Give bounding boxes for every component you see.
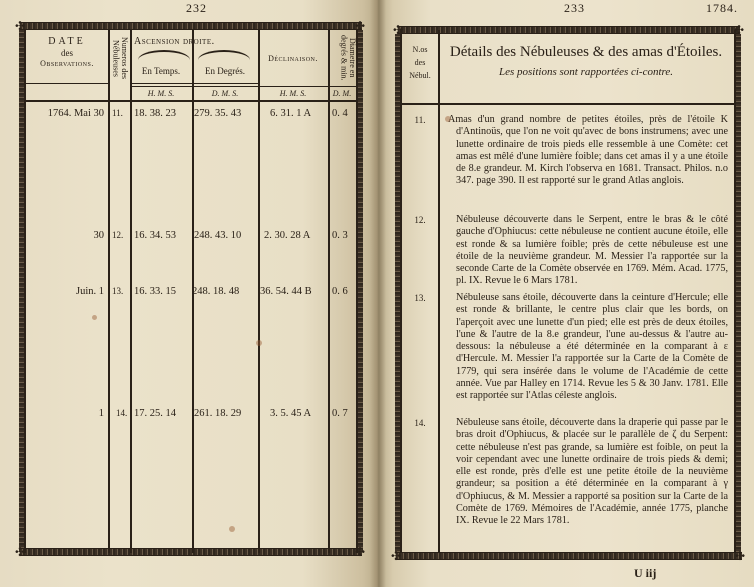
cell-degres: 248. 43. 10 (194, 230, 241, 241)
page-number-right: 233 (564, 1, 585, 16)
header-rule (26, 83, 108, 84)
paper-stain (445, 116, 451, 122)
units-rule (26, 100, 356, 102)
observations-table: DATE des Observations. Numeros des Nébul… (24, 30, 358, 553)
book-spread: 232 ✣ ✣ ✣ ✣ DATE des Observations. (0, 0, 754, 587)
right-page: 233 1784. ✣ ✣ ✣ ✣ N.os des Nébul. Détail… (378, 0, 754, 587)
cell-diametre: 0. 7 (332, 408, 348, 419)
header-ascension-droite: Ascension droite. (130, 36, 258, 48)
nebula-entry: 13. Nébuleuse sans étoile, découverte da… (402, 292, 728, 403)
cell-num: 14. (116, 408, 127, 418)
cell-num: 11. (112, 108, 123, 118)
left-page: 232 ✣ ✣ ✣ ✣ DATE des Observations. (0, 0, 378, 587)
entry-number: 14. (402, 418, 438, 428)
entry-number: 11. (402, 115, 438, 125)
entry-text: Nébuleuse sans étoile, découverte dans l… (444, 292, 728, 403)
cell-declinaison: 2. 30. 28 A (264, 230, 310, 241)
signature-mark: U iij (634, 566, 656, 581)
header-date: DATE des Observations. (26, 36, 108, 68)
book-gutter (370, 0, 386, 587)
cell-date: 1 (99, 408, 104, 419)
nebula-entry: 12. Nébuleuse découverte dans le Serpent… (402, 214, 728, 288)
cell-degres: 261. 18. 29 (194, 408, 241, 419)
entry-text: Amas d'un grand nombre de petites étoile… (444, 114, 728, 188)
header-rule (402, 103, 438, 105)
cell-degres: 279. 35. 43 (194, 108, 241, 119)
cell-date: 30 (94, 230, 105, 241)
nebula-entry: 11. Amas d'un grand nombre de petites ét… (402, 114, 728, 188)
brace-right (198, 50, 250, 60)
page-title: Détails des Nébuleuses & des amas d'Étoi… (442, 44, 730, 61)
unit-diametre: D. M. (328, 89, 356, 98)
cell-temps: 16. 34. 53 (134, 230, 176, 241)
year-header: 1784. (706, 1, 738, 16)
column-divider (328, 30, 330, 553)
header-diametre: Diametre en degrés & min. (332, 32, 356, 84)
brace-left (138, 50, 190, 60)
header-en-degres: En Degrés. (192, 66, 258, 77)
header-rule (130, 86, 356, 87)
header-rule (130, 83, 258, 84)
cell-declinaison: 3. 5. 45 A (270, 408, 311, 419)
ornamental-border-bottom (396, 552, 742, 560)
page-subtitle: Les positions sont rapportées ci-contre. (442, 66, 730, 78)
cell-temps: 18. 38. 23 (134, 108, 176, 119)
header-numero-nebuleuse: N.os des Nébul. (402, 44, 438, 82)
nebula-entry: 14. Nébuleuse sans étoile, découverte da… (402, 417, 728, 528)
entry-text: Nébuleuse sans étoile, découverte dans l… (444, 417, 728, 528)
header-numeros: Numeros des Nébuleuses (112, 34, 128, 82)
cell-date: Juin. 1 (76, 286, 104, 297)
cell-num: 13. (112, 286, 123, 296)
page-number-left: 232 (186, 1, 207, 16)
unit-degres: D. M. S. (192, 89, 258, 98)
column-divider (130, 30, 132, 553)
unit-declinaison: H. M. S. (258, 89, 328, 98)
paper-stain (229, 526, 235, 532)
cell-date: 1764. Mai 30 (48, 108, 104, 119)
ornamental-border-top (20, 22, 362, 30)
cell-diametre: 0. 6 (332, 286, 348, 297)
paper-stain (256, 340, 262, 346)
entry-number: 12. (402, 215, 438, 225)
cell-declinaison: 36. 54. 44 B (260, 286, 312, 297)
header-declinaison: Déclinaison. (258, 54, 328, 64)
cell-declinaison: 6. 31. 1 A (270, 108, 311, 119)
entry-text: Nébuleuse découverte dans le Serpent, en… (444, 214, 728, 288)
nebulae-details-table: N.os des Nébul. Détails des Nébuleuses &… (400, 30, 736, 553)
header-rule (440, 103, 734, 105)
cell-temps: 16. 33. 15 (134, 286, 176, 297)
cell-diametre: 0. 3 (332, 230, 348, 241)
unit-temps: H. M. S. (130, 89, 192, 98)
column-divider (108, 30, 110, 553)
entry-number: 13. (402, 293, 438, 303)
paper-stain (92, 315, 97, 320)
cell-degres: 248. 18. 48 (192, 286, 239, 297)
cell-diametre: 0. 4 (332, 108, 348, 119)
header-en-temps: En Temps. (130, 66, 192, 77)
cell-temps: 17. 25. 14 (134, 408, 176, 419)
cell-num: 12. (112, 230, 123, 240)
